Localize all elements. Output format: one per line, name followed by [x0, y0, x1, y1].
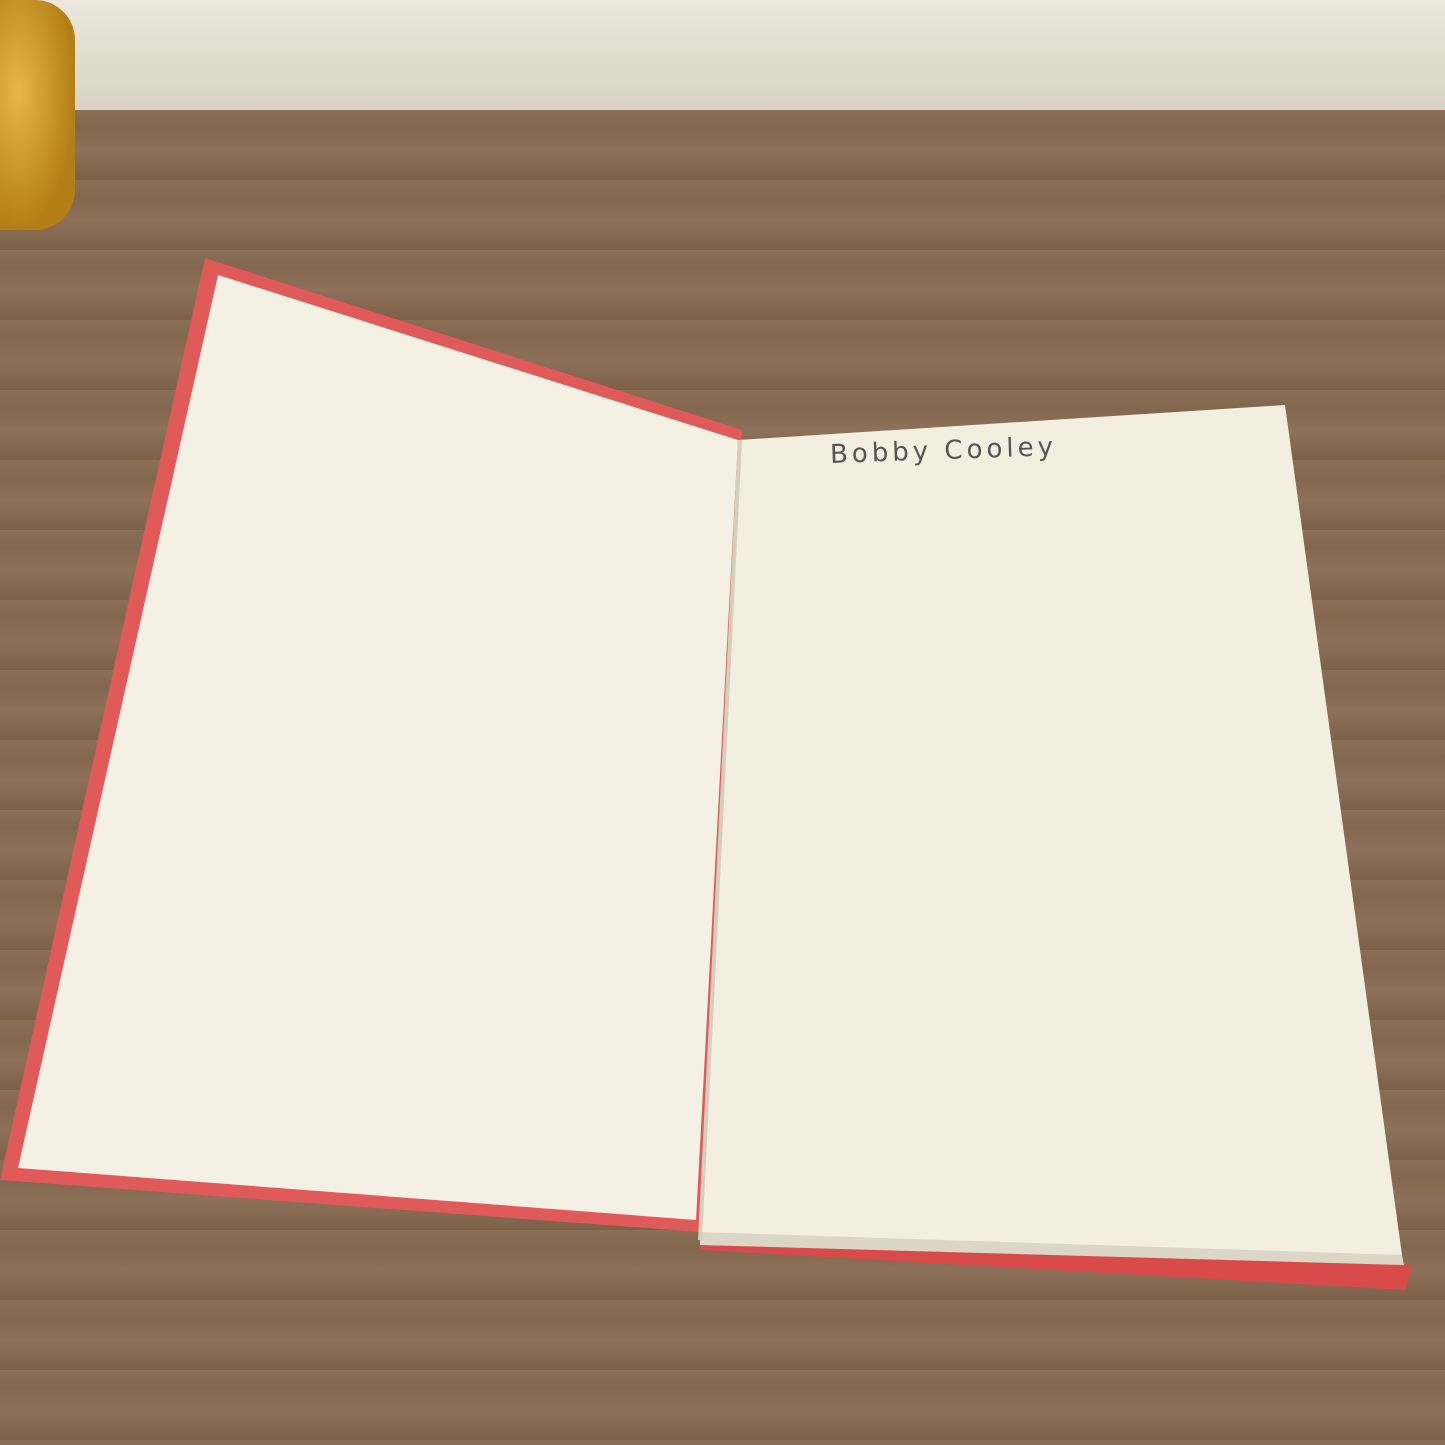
open-book — [0, 0, 1445, 1445]
